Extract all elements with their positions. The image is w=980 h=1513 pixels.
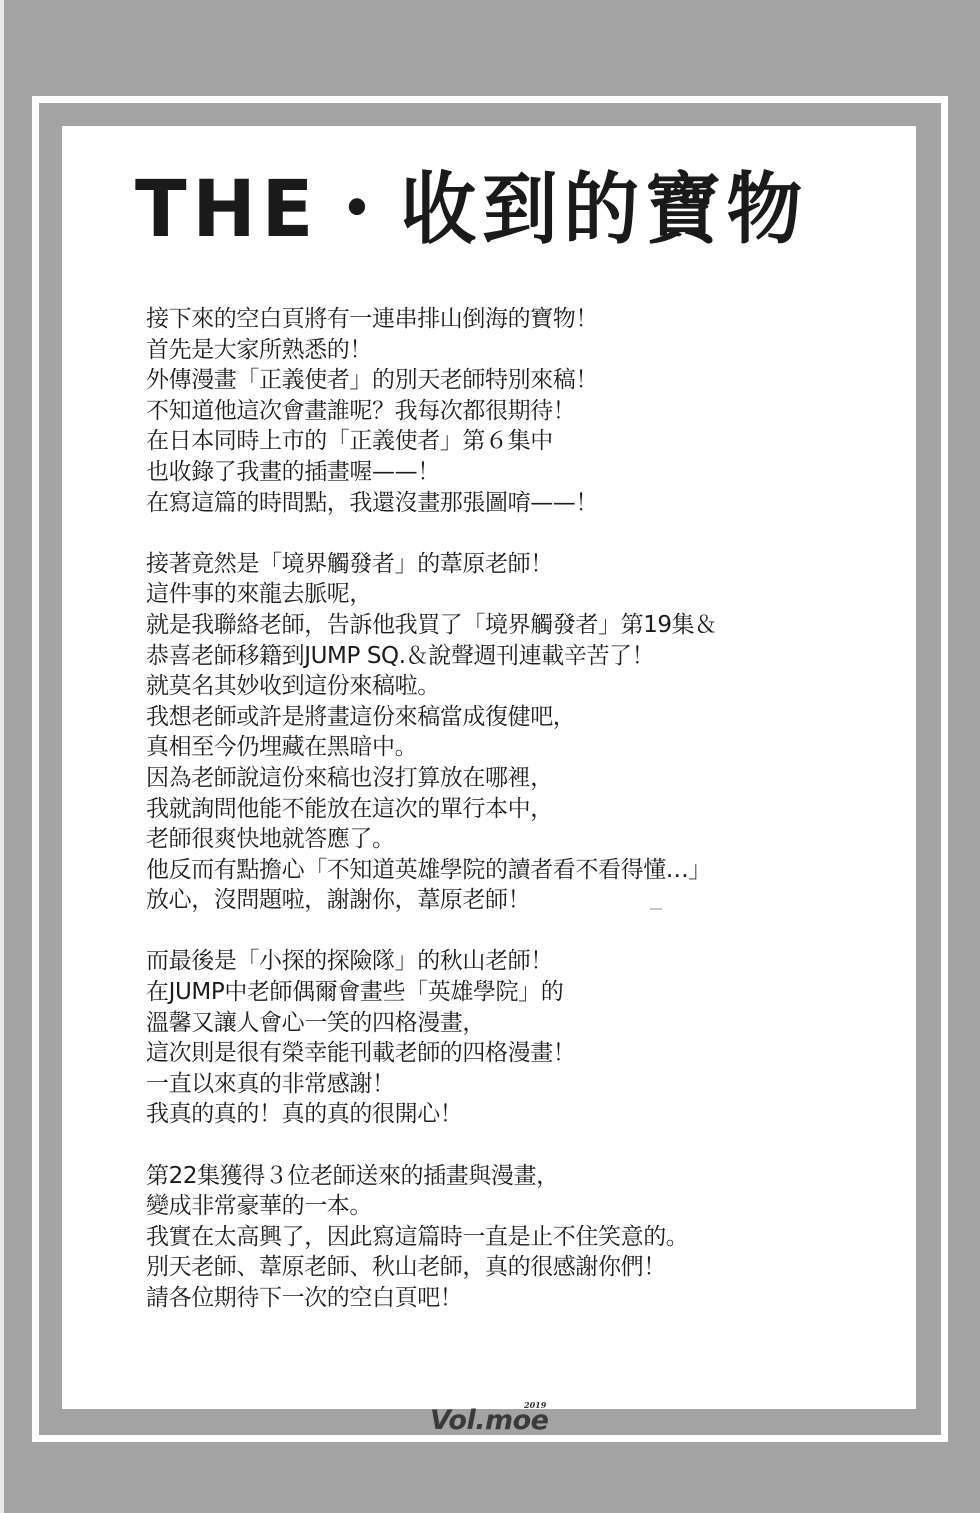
text-line: 別天老師、葦原老師、秋山老師，真的很感謝你們！ (146, 1252, 846, 1283)
text-line: 接著竟然是「境界觸發者」的葦原老師！ (146, 549, 846, 580)
text-line: 就是我聯絡老師，告訴他我買了「境界觸發者」第19集＆ (146, 610, 846, 641)
paragraph-ashihara: 接著竟然是「境界觸發者」的葦原老師！ 這件事的來龍去脈呢， 就是我聯絡老師，告訴… (146, 549, 846, 916)
text-line: 也收錄了我畫的插畫喔——！ (146, 457, 846, 488)
paragraph-akiyama: 而最後是「小探的探險隊」的秋山老師！ 在JUMP中老師偶爾會畫些「英雄學院」的 … (146, 946, 846, 1130)
text-line: 他反而有點擔心「不知道英雄學院的讀者看不看得懂…」 (146, 855, 846, 886)
scan-artifact (650, 908, 662, 910)
text-line: 首先是大家所熟悉的！ (146, 335, 846, 366)
text-line: 放心，沒問題啦，謝謝你，葦原老師！ (146, 885, 846, 916)
text-line: 外傳漫畫「正義使者」的別天老師特別來稿！ (146, 365, 846, 396)
text-line: 這件事的來龍去脈呢， (146, 579, 846, 610)
text-line: 接下來的空白頁將有一連串排山倒海的寶物！ (146, 304, 846, 335)
body-text: 接下來的空白頁將有一連串排山倒海的寶物！ 首先是大家所熟悉的！ 外傳漫畫「正義使… (146, 304, 846, 1344)
text-line: 就莫名其妙收到這份來稿啦。 (146, 671, 846, 702)
text-line: 真相至今仍埋藏在黑暗中。 (146, 732, 846, 763)
text-line: 第22集獲得３位老師送來的插畫與漫畫， (146, 1161, 846, 1192)
text-line: 變成非常豪華的一本。 (146, 1191, 846, 1222)
text-line: 不知道他這次會畫誰呢？我每次都很期待！ (146, 396, 846, 427)
text-line: 在日本同時上市的「正義使者」第６集中 (146, 426, 846, 457)
text-line: 我就詢問他能不能放在這次的單行本中， (146, 794, 846, 825)
paragraph-intro: 接下來的空白頁將有一連串排山倒海的寶物！ 首先是大家所熟悉的！ 外傳漫畫「正義使… (146, 304, 846, 518)
text-line: 在JUMP中老師偶爾會畫些「英雄學院」的 (146, 977, 846, 1008)
page-edge (0, 0, 4, 1513)
page-title: THE・收到的寶物 (135, 160, 833, 260)
text-line: 溫馨又讓人會心一笑的四格漫畫， (146, 1008, 846, 1039)
watermark: Vol.moe 2019 (430, 1402, 560, 1442)
text-line: 因為老師說這份來稿也沒打算放在哪裡， (146, 763, 846, 794)
text-line: 一直以來真的非常感謝！ (146, 1069, 846, 1100)
text-line: 我真的真的！真的真的很開心！ (146, 1099, 846, 1130)
text-line: 而最後是「小探的探險隊」的秋山老師！ (146, 946, 846, 977)
paragraph-closing: 第22集獲得３位老師送來的插畫與漫畫， 變成非常豪華的一本。 我實在太高興了，因… (146, 1161, 846, 1314)
text-line: 在寫這篇的時間點，我還沒畫那張圖唷——！ (146, 488, 846, 519)
watermark-year: 2019 (524, 1400, 546, 1410)
text-line: 這次則是很有榮幸能刊載老師的四格漫畫！ (146, 1038, 846, 1069)
text-line: 請各位期待下一次的空白頁吧！ (146, 1283, 846, 1314)
text-line: 恭喜老師移籍到JUMP SQ.＆說聲週刊連載辛苦了！ (146, 641, 846, 672)
text-line: 我想老師或許是將畫這份來稿當成復健吧， (146, 702, 846, 733)
text-line: 我實在太高興了，因此寫這篇時一直是止不住笑意的。 (146, 1222, 846, 1253)
text-line: 老師很爽快地就答應了。 (146, 824, 846, 855)
